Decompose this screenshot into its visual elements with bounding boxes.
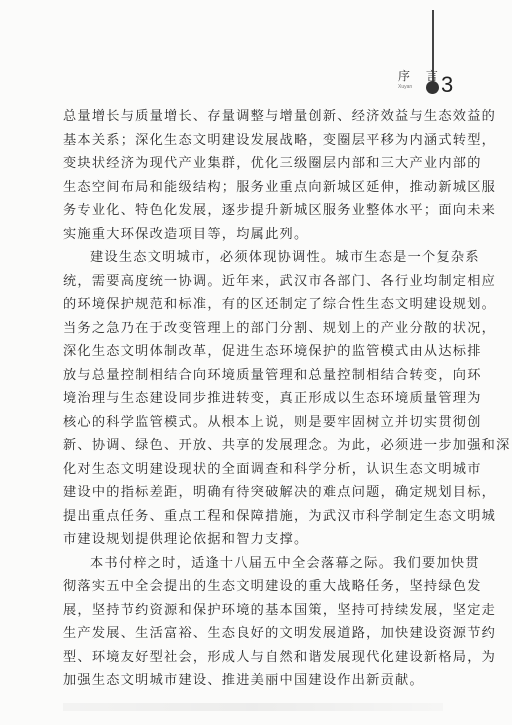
text-line: 建设生态文明城市，必须体现协调性。城市生态是一个复杂系 <box>63 246 455 270</box>
book-page: 序 言 Xuyan 3 总量增长与质量增长、存量调整与增量创新、经济效益与生态效… <box>0 0 512 725</box>
paragraph: 本书付梓之时，适逢十八届五中全会落幕之际。我们要加快贯 彻落实五中全会提出的生态… <box>63 552 455 693</box>
text-line: 提出重点任务、重点工程和保障措施，为武汉市科学制定生态文明城 <box>63 505 455 529</box>
bleed-through-text <box>63 703 443 711</box>
text-line: 总量增长与质量增长、存量调整与增量创新、经济效益与生态效益的 <box>63 105 455 129</box>
text-line: 本书付梓之时，适逢十八届五中全会落幕之际。我们要加快贯 <box>63 552 455 576</box>
text-line: 核心的科学监管模式。从根本上说，则是要牢固树立并切实贯彻创 <box>63 411 455 435</box>
text-line: 深化生态文明体制改革，促进生态环境保护的监管模式由从达标排 <box>63 340 455 364</box>
text-line: 市建设规划提供理论依据和智力支撑。 <box>63 528 455 552</box>
text-line: 的环境保护规范和标准，有的区还制定了综合性生态文明建设规划。 <box>63 293 455 317</box>
paragraph: 建设生态文明城市，必须体现协调性。城市生态是一个复杂系 统，需要高度统一协调。近… <box>63 246 455 552</box>
text-line: 型、环境友好型社会，形成人与自然和谐发展现代化建设新格局，为 <box>63 646 455 670</box>
text-line: 化对生态文明建设现状的全面调查和科学分析，认识生态文明城市 <box>63 458 455 482</box>
text-line: 统，需要高度统一协调。近年来，武汉市各部门、各行业均制定相应 <box>63 270 455 294</box>
page-marker-dot-icon <box>426 81 439 94</box>
section-subtitle: Xuyan <box>398 84 412 90</box>
page-number: 3 <box>441 74 453 96</box>
text-line: 彻落实五中全会提出的生态文明建设的重大战略任务，坚持绿色发 <box>63 575 455 599</box>
text-line: 变块状经济为现代产业集群，优化三级圈层内部和三大产业内部的 <box>63 152 455 176</box>
text-line: 生产发展、生活富裕、生态良好的文明发展道路，加快建设资源节约 <box>63 622 455 646</box>
text-line: 展，坚持节约资源和保护环境的基本国策，坚持可持续发展，坚定走 <box>63 599 455 623</box>
text-line: 放与总量控制相结合向环境质量管理和总量控制相结合转变，向环 <box>63 364 455 388</box>
text-line: 境治理与生态建设同步推进转变，真正形成以生态环境质量管理为 <box>63 387 455 411</box>
text-line: 建设中的指标差距，明确有待突破解决的难点问题，确定规划目标， <box>63 481 455 505</box>
body-text: 总量增长与质量增长、存量调整与增量创新、经济效益与生态效益的 基本关系；深化生态… <box>63 105 455 693</box>
section-title: 序 言 <box>398 67 444 84</box>
text-line: 当务之急乃在于改变管理上的部门分割、规划上的产业分散的状况， <box>63 317 455 341</box>
text-line: 基本关系；深化生态文明建设发展战略，变圈层平移为内涵式转型， <box>63 129 455 153</box>
text-line: 加强生态文明城市建设、推进美丽中国建设作出新贡献。 <box>63 669 455 693</box>
text-line: 新、协调、绿色、开放、共享的发展理念。为此，必须进一步加强和深 <box>63 434 455 458</box>
text-line: 生态空间布局和能级结构；服务业重点向新城区延伸，推动新城区服 <box>63 176 455 200</box>
text-line: 实施重大环保改造项目等，均属此列。 <box>63 223 455 247</box>
paragraph: 总量增长与质量增长、存量调整与增量创新、经济效益与生态效益的 基本关系；深化生态… <box>63 105 455 246</box>
text-line: 务专业化、特色化发展，逐步提升新城区服务业整体水平；面向未来 <box>63 199 455 223</box>
